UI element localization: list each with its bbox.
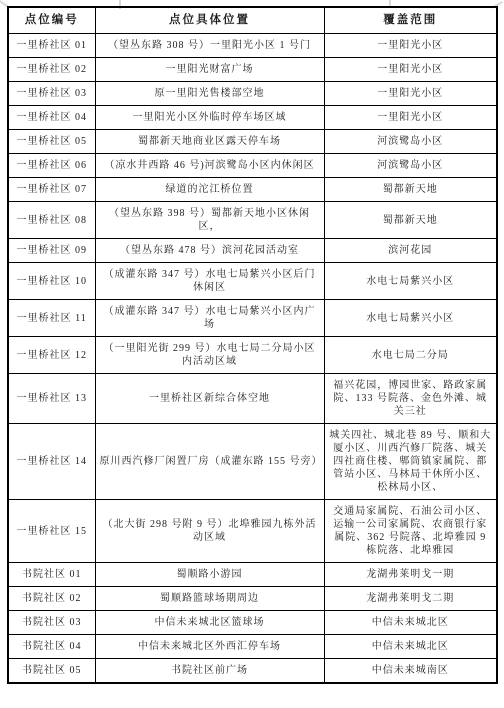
point-id-cell: 一里桥社区 15 — [8, 500, 95, 563]
scanned-document-page: 点位编号 点位具体位置 覆盖范围 一里桥社区 01 （望丛东路 308 号）一里… — [0, 0, 504, 708]
coverage-cell: 一里阳光小区 — [324, 106, 497, 130]
location-cell: （一里阳光街 299 号）水电七局二分局小区内活动区域 — [95, 337, 324, 374]
coverage-cell: 水电七局紫兴小区 — [324, 300, 497, 337]
coverage-cell: 滨河花园 — [324, 239, 497, 263]
coverage-cell: 交通局家属院、石油公司小区、运输一公司家属院、农商银行家属院、362 号院落、北… — [324, 500, 497, 563]
coverage-cell: 一里阳光小区 — [324, 34, 497, 58]
table-row: 一里桥社区 07 绿道的沱江桥位置 蜀都新天地 — [8, 178, 497, 202]
point-id-cell: 一里桥社区 03 — [8, 82, 95, 106]
column-header-coverage: 覆盖范围 — [324, 7, 497, 34]
table-row: 一里桥社区 02 一里阳光财富广场 一里阳光小区 — [8, 58, 497, 82]
coverage-cell: 水电七局紫兴小区 — [324, 263, 497, 300]
point-id-cell: 书院社区 03 — [8, 611, 95, 635]
table-row: 一里桥社区 09 （望丛东路 478 号）滨河花园活动室 滨河花园 — [8, 239, 497, 263]
coverage-cell: 龙湖弗莱明戈一期 — [324, 563, 497, 587]
column-header-location: 点位具体位置 — [95, 7, 324, 34]
location-cell: （凉水井西路 46 号)河滨鹭岛小区内休闲区 — [95, 154, 324, 178]
point-id-cell: 一里桥社区 05 — [8, 130, 95, 154]
location-cell: 一里桥社区新综合体空地 — [95, 374, 324, 424]
table-row: 书院社区 05 书院社区前广场 中信未来城南区 — [8, 659, 497, 684]
point-id-cell: 一里桥社区 07 — [8, 178, 95, 202]
sampling-points-table: 点位编号 点位具体位置 覆盖范围 一里桥社区 01 （望丛东路 308 号）一里… — [7, 6, 498, 684]
location-cell: 书院社区前广场 — [95, 659, 324, 684]
coverage-cell: 一里阳光小区 — [324, 82, 497, 106]
location-cell: 蜀都新天地商业区露天停车场 — [95, 130, 324, 154]
table-row: 一里桥社区 12 （一里阳光街 299 号）水电七局二分局小区内活动区域 水电七… — [8, 337, 497, 374]
coverage-cell: 福兴花园，博园世家、路政家属院、133 号院落、金色外滩、城关三社 — [324, 374, 497, 424]
coverage-cell: 一里阳光小区 — [324, 58, 497, 82]
coverage-cell: 城关四社、城北巷 89 号、顺和大厦小区、川西汽修厂院落、城关四社商住楼、郫筒镇… — [324, 424, 497, 500]
table-row: 一里桥社区 14 原川西汽修厂闲置厂房（成灌东路 155 号旁） 城关四社、城北… — [8, 424, 497, 500]
table-body: 一里桥社区 01 （望丛东路 308 号）一里阳光小区 1 号门 一里阳光小区 … — [8, 34, 497, 684]
coverage-cell: 蜀都新天地 — [324, 202, 497, 239]
coverage-cell: 龙湖弗莱明戈二期 — [324, 587, 497, 611]
table-row: 一里桥社区 15 （北大街 298 号附 9 号）北埠雅园九栋外活动区域 交通局… — [8, 500, 497, 563]
coverage-cell: 中信未来城南区 — [324, 659, 497, 684]
point-id-cell: 一里桥社区 01 — [8, 34, 95, 58]
point-id-cell: 一里桥社区 11 — [8, 300, 95, 337]
column-header-point-id: 点位编号 — [8, 7, 95, 34]
location-cell: （成灌东路 347 号）水电七局紫兴小区内广场 — [95, 300, 324, 337]
point-id-cell: 一里桥社区 04 — [8, 106, 95, 130]
location-cell: （望丛东路 398 号）蜀都新天地小区休闲区， — [95, 202, 324, 239]
point-id-cell: 书院社区 05 — [8, 659, 95, 684]
point-id-cell: 一里桥社区 10 — [8, 263, 95, 300]
point-id-cell: 一里桥社区 02 — [8, 58, 95, 82]
table-row: 一里桥社区 06 （凉水井西路 46 号)河滨鹭岛小区内休闲区 河滨鹭岛小区 — [8, 154, 497, 178]
location-cell: 一里阳光小区外临时停车场区域 — [95, 106, 324, 130]
table-row: 一里桥社区 01 （望丛东路 308 号）一里阳光小区 1 号门 一里阳光小区 — [8, 34, 497, 58]
table-row: 书院社区 02 蜀顺路篮球场期周边 龙湖弗莱明戈二期 — [8, 587, 497, 611]
coverage-cell: 河滨鹭岛小区 — [324, 130, 497, 154]
location-cell: 一里阳光财富广场 — [95, 58, 324, 82]
point-id-cell: 一里桥社区 14 — [8, 424, 95, 500]
point-id-cell: 一里桥社区 06 — [8, 154, 95, 178]
location-cell: （望丛东路 478 号）滨河花园活动室 — [95, 239, 324, 263]
coverage-cell: 蜀都新天地 — [324, 178, 497, 202]
table-row: 一里桥社区 05 蜀都新天地商业区露天停车场 河滨鹭岛小区 — [8, 130, 497, 154]
table-row: 一里桥社区 08 （望丛东路 398 号）蜀都新天地小区休闲区， 蜀都新天地 — [8, 202, 497, 239]
point-id-cell: 一里桥社区 12 — [8, 337, 95, 374]
table-row: 一里桥社区 13 一里桥社区新综合体空地 福兴花园，博园世家、路政家属院、133… — [8, 374, 497, 424]
point-id-cell: 一里桥社区 08 — [8, 202, 95, 239]
location-cell: 原川西汽修厂闲置厂房（成灌东路 155 号旁） — [95, 424, 324, 500]
location-cell: （北大街 298 号附 9 号）北埠雅园九栋外活动区域 — [95, 500, 324, 563]
location-cell: 绿道的沱江桥位置 — [95, 178, 324, 202]
point-id-cell: 书院社区 01 — [8, 563, 95, 587]
coverage-cell: 河滨鹭岛小区 — [324, 154, 497, 178]
point-id-cell: 书院社区 02 — [8, 587, 95, 611]
point-id-cell: 一里桥社区 09 — [8, 239, 95, 263]
location-cell: （成灌东路 347 号）水电七局紫兴小区后门休闲区 — [95, 263, 324, 300]
table-row: 一里桥社区 03 原一里阳光售楼部空地 一里阳光小区 — [8, 82, 497, 106]
coverage-cell: 中信未来城北区 — [324, 635, 497, 659]
location-cell: （望丛东路 308 号）一里阳光小区 1 号门 — [95, 34, 324, 58]
point-id-cell: 一里桥社区 13 — [8, 374, 95, 424]
location-cell: 中信未来城北区外西汇停车场 — [95, 635, 324, 659]
location-cell: 中信未来城北区篮球场 — [95, 611, 324, 635]
table-row: 一里桥社区 04 一里阳光小区外临时停车场区域 一里阳光小区 — [8, 106, 497, 130]
table-row: 书院社区 03 中信未来城北区篮球场 中信未来城北区 — [8, 611, 497, 635]
location-cell: 蜀顺路篮球场期周边 — [95, 587, 324, 611]
table-row: 一里桥社区 11 （成灌东路 347 号）水电七局紫兴小区内广场 水电七局紫兴小… — [8, 300, 497, 337]
coverage-cell: 中信未来城北区 — [324, 611, 497, 635]
table-row: 一里桥社区 10 （成灌东路 347 号）水电七局紫兴小区后门休闲区 水电七局紫… — [8, 263, 497, 300]
table-row: 书院社区 01 蜀顺路小游园 龙湖弗莱明戈一期 — [8, 563, 497, 587]
location-cell: 蜀顺路小游园 — [95, 563, 324, 587]
table-header-row: 点位编号 点位具体位置 覆盖范围 — [8, 7, 497, 34]
location-cell: 原一里阳光售楼部空地 — [95, 82, 324, 106]
coverage-cell: 水电七局二分局 — [324, 337, 497, 374]
point-id-cell: 书院社区 04 — [8, 635, 95, 659]
table-row: 书院社区 04 中信未来城北区外西汇停车场 中信未来城北区 — [8, 635, 497, 659]
